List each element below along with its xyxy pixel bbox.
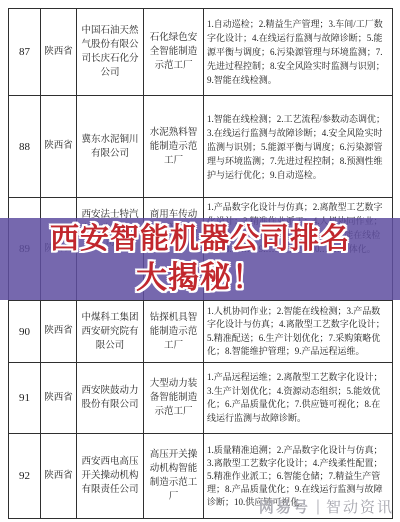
row-number: 91 bbox=[9, 363, 41, 433]
capabilities-cell: 1.智能在线检测；2.工艺流程/参数动态调优；3.在线运行监测与故障诊断；4.安… bbox=[204, 96, 392, 197]
company-cell: 中国石油天然气股份有限公司长庆石化分公司 bbox=[77, 9, 144, 95]
banner-headline-line1: 西安智能机器公司排名 bbox=[50, 221, 350, 258]
table-row: 91 陕西省 西安陕鼓动力股份有限公司 大型动力装备智能制造示范工厂 1.产品远… bbox=[9, 363, 392, 434]
project-cell: 水泥熟料智能制造示范工厂 bbox=[144, 96, 204, 197]
project-cell: 大型动力装备智能制造示范工厂 bbox=[144, 363, 204, 433]
banner-headline-line2: 大揭秘！ bbox=[136, 258, 264, 297]
company-cell: 西安西电高压开关操动机构有限责任公司 bbox=[77, 434, 144, 518]
table-row: 88 陕西省 冀东水泥铜川有限公司 水泥熟料智能制造示范工厂 1.智能在线检测；… bbox=[9, 96, 392, 198]
watermark-divider: | bbox=[316, 498, 320, 516]
capabilities-cell: 1.自动巡检；2.精益生产管理；3.车间/工厂数字化设计；4.在线运行监测与故障… bbox=[204, 9, 392, 95]
row-number: 88 bbox=[9, 96, 41, 197]
province-cell: 陕西省 bbox=[41, 96, 77, 197]
promo-banner: 西安智能机器公司排名 大揭秘！ bbox=[0, 218, 400, 300]
netease-logo: 网易号 bbox=[259, 496, 310, 517]
table-row: 90 陕西省 中煤科工集团西安研究院有限公司 钻探机具智能制造示范工厂 1.人机… bbox=[9, 301, 392, 363]
province-cell: 陕西省 bbox=[41, 434, 77, 518]
row-number: 92 bbox=[9, 434, 41, 518]
row-number: 87 bbox=[9, 9, 41, 95]
project-cell: 钻探机具智能制造示范工厂 bbox=[144, 301, 204, 362]
watermark: 网易号 | 智动资讯 bbox=[259, 496, 394, 517]
table-row: 87 陕西省 中国石油天然气股份有限公司长庆石化分公司 石化绿色安全智能制造示范… bbox=[9, 9, 392, 96]
capabilities-cell: 1.人机协同作业；2.智能在线检测；3.产品数字化设计与仿真；4.离散型工艺数字… bbox=[204, 301, 392, 362]
company-cell: 中煤科工集团西安研究院有限公司 bbox=[77, 301, 144, 362]
capabilities-cell: 1.产品远程运维；2.离散型工艺数字化设计；3.生产计划优化；4.资源动态组织；… bbox=[204, 363, 392, 433]
province-cell: 陕西省 bbox=[41, 363, 77, 433]
province-cell: 陕西省 bbox=[41, 9, 77, 95]
company-cell: 冀东水泥铜川有限公司 bbox=[77, 96, 144, 197]
company-cell: 西安陕鼓动力股份有限公司 bbox=[77, 363, 144, 433]
province-cell: 陕西省 bbox=[41, 301, 77, 362]
project-cell: 高压开关操动机构智能制造示范工厂 bbox=[144, 434, 204, 518]
project-cell: 石化绿色安全智能制造示范工厂 bbox=[144, 9, 204, 95]
row-number: 90 bbox=[9, 301, 41, 362]
watermark-account: 智动资讯 bbox=[326, 496, 394, 517]
article-screenshot: 87 陕西省 中国石油天然气股份有限公司长庆石化分公司 石化绿色安全智能制造示范… bbox=[0, 0, 400, 522]
